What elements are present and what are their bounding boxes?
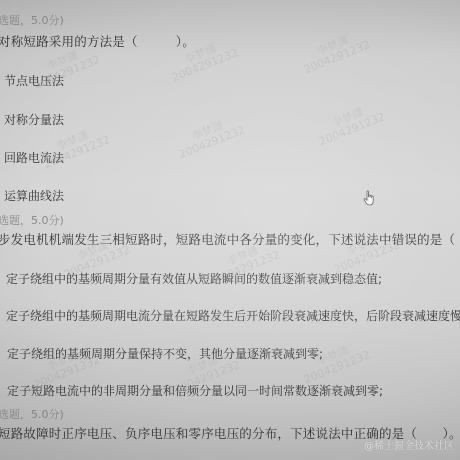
question-2-option-d[interactable]: 定子短路电流中的非周期分量和倍频分量以同一时间常数逐渐衰减到零; bbox=[7, 382, 383, 399]
watermark-name: 李梦潇 bbox=[173, 113, 242, 150]
question-3-header: 选题，5.0分) bbox=[0, 406, 64, 422]
question-1-option-d[interactable]: 运算曲线法 bbox=[4, 187, 64, 204]
corner-watermark: @稀土掘金技术社区 bbox=[364, 437, 454, 452]
exam-page: 选题，5.0分) 对称短路采用的方法是（ ）。 节点电压法 对称分量法 回路电流… bbox=[0, 0, 460, 460]
watermark: 李梦潇2004291232 bbox=[173, 113, 247, 161]
watermark: 李梦潇2004291232 bbox=[298, 28, 372, 76]
question-1-stem: 对称短路采用的方法是（ ）。 bbox=[0, 32, 195, 50]
watermark: 李梦潇2004291232 bbox=[313, 100, 387, 148]
question-2-option-a[interactable]: 定子绕组中的基频周期分量有效值从短路瞬间的数值逐渐衰减到稳态值; bbox=[6, 270, 382, 287]
watermark-name: 李梦潇 bbox=[313, 100, 382, 137]
question-2-option-c[interactable]: 定子绕组的基频周期分量保持不变，其他分量逐渐衰减到零; bbox=[7, 345, 323, 362]
question-2-option-b[interactable]: 定子绕组中的基频周期电流分量在短路发生后开始阶段衰减速度快，后阶段衰减速度慢。 bbox=[6, 307, 460, 324]
question-2-header: 选题，5.0分) bbox=[0, 212, 64, 228]
watermark-id: 2004291232 bbox=[318, 111, 387, 148]
watermark-id: 2004291232 bbox=[178, 124, 247, 161]
question-1-option-b[interactable]: 对称分量法 bbox=[4, 111, 64, 128]
question-1-option-c[interactable]: 回路电流法 bbox=[4, 149, 64, 166]
question-2-stem: 步发电机机端发生三相短路时，短路电流中各分量的变化，下述说法中错误的是（ ）。 bbox=[0, 230, 460, 248]
question-1-option-a[interactable]: 节点电压法 bbox=[4, 72, 64, 89]
watermark-id: 2004291232 bbox=[303, 39, 372, 76]
watermark-name: 李梦潇 bbox=[298, 28, 367, 65]
hand-pointer-cursor-icon bbox=[363, 190, 377, 206]
question-1-header: 选题，5.0分) bbox=[0, 12, 64, 28]
watermark-id: 2004291232 bbox=[171, 47, 240, 84]
